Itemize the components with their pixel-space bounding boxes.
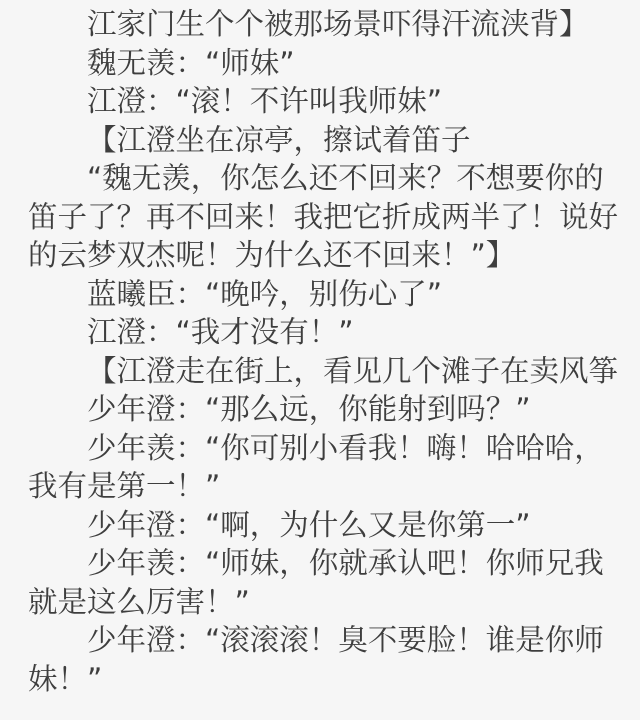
text-line: 笛子了？再不回来！我把它折成两半了！说好 <box>28 198 622 237</box>
text-line: 江家门生个个被那场景吓得汗流浃背】 <box>28 5 622 44</box>
text-line: 【江澄走在街上，看见几个滩子在卖风筝 <box>28 352 622 391</box>
text-line: 的云梦双杰呢！为什么还不回来！”】 <box>28 236 622 275</box>
text-line: 魏无羡：“师妹” <box>28 44 622 83</box>
script-text-page: 江家门生个个被那场景吓得汗流浃背】魏无羡：“师妹”江澄：“滚！不许叫我师妹”【江… <box>0 0 640 720</box>
text-line: 就是这么厉害！” <box>28 583 622 622</box>
text-line: “魏无羡，你怎么还不回来？不想要你的 <box>28 159 622 198</box>
text-line: 【江澄坐在凉亭，擦试着笛子 <box>28 121 622 160</box>
text-line: 少年羡：“你可别小看我！嗨！哈哈哈， <box>28 429 622 468</box>
text-line: 少年澄：“那么远，你能射到吗？” <box>28 390 622 429</box>
text-line: 江澄：“我才没有！” <box>28 313 622 352</box>
text-line: 妹！” <box>28 660 622 699</box>
text-line: 我有是第一！” <box>28 467 622 506</box>
text-line: 少年羡：“师妹，你就承认吧！你师兄我 <box>28 544 622 583</box>
text-line: 少年澄：“滚滚滚！臭不要脸！谁是你师 <box>28 621 622 660</box>
text-content: 江家门生个个被那场景吓得汗流浃背】魏无羡：“师妹”江澄：“滚！不许叫我师妹”【江… <box>28 5 622 698</box>
text-line: 蓝曦臣：“晚吟，别伤心了” <box>28 275 622 314</box>
text-line: 江澄：“滚！不许叫我师妹” <box>28 82 622 121</box>
text-line: 少年澄：“啊，为什么又是你第一” <box>28 506 622 545</box>
